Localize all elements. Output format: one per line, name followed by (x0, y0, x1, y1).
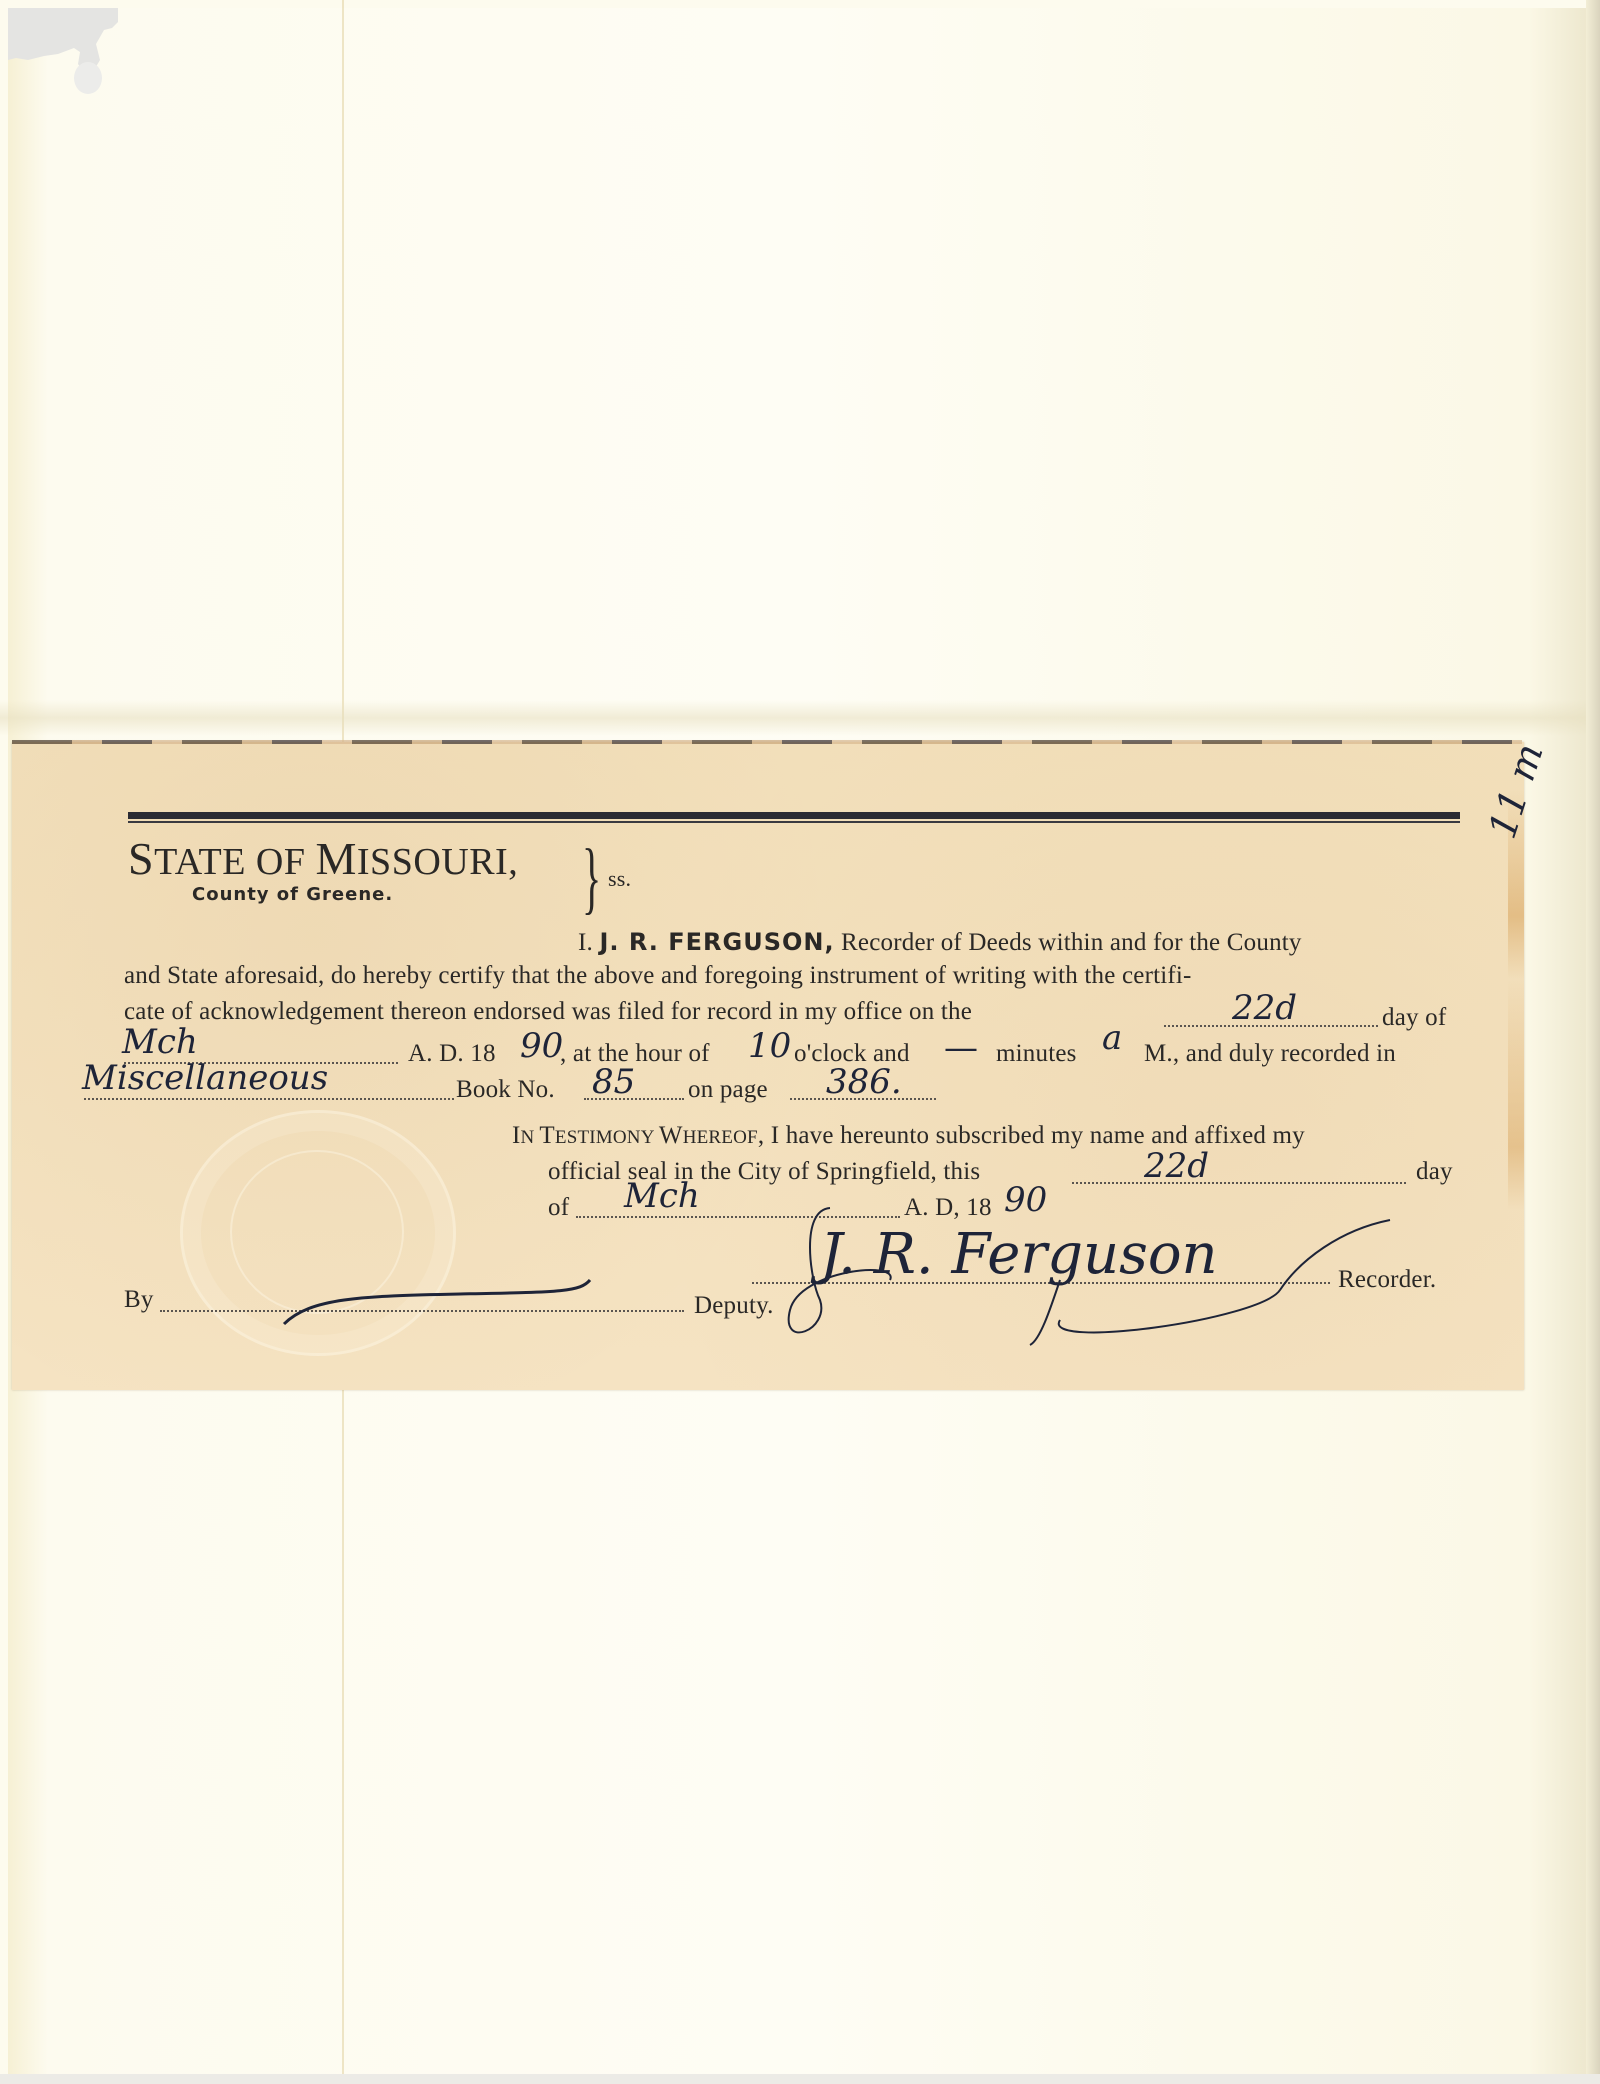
testimony-month-value: Mch (624, 1176, 700, 1216)
body-line-1: I. J. R. FERGUSON, Recorder of Deeds wit… (578, 928, 1302, 957)
meridiem-value: a (1102, 1018, 1122, 1058)
slip-glue-edge (12, 740, 1522, 744)
minutes-value: — (944, 1028, 978, 1068)
recorder-name: J. R. FERGUSON, (599, 928, 834, 956)
testimony-day-blank (1072, 1182, 1406, 1184)
deputy-pen-stroke (280, 1278, 600, 1328)
record-type-blank (84, 1098, 454, 1100)
recorded-in-label: M., and duly recorded in (1144, 1040, 1396, 1068)
state-heading: STATE OF MISSOURI, (128, 832, 518, 885)
brace: } (582, 838, 601, 918)
ad-label: A. D. 18 (408, 1040, 496, 1068)
by-label: By (124, 1286, 154, 1314)
filed-month-value: Mch (122, 1022, 198, 1062)
minutes-label: minutes (996, 1040, 1077, 1068)
stain (1508, 790, 1524, 1210)
body-line-3: cate of acknowledgement thereon endorsed… (124, 998, 972, 1026)
book-no-label: Book No. (456, 1076, 555, 1104)
day-label: day (1416, 1158, 1453, 1186)
page-bottom-edge (0, 2074, 1600, 2084)
testimony-day-value: 22d (1144, 1146, 1209, 1186)
county-heading: County of Greene. (192, 884, 393, 905)
header-rule (128, 812, 1460, 823)
recorder-label: Recorder. (1338, 1266, 1436, 1294)
page-right-edge (1586, 0, 1600, 2084)
page-no-value: 386. (826, 1062, 902, 1102)
hour-value: 10 (748, 1026, 791, 1066)
body-line-2: and State aforesaid, do hereby certify t… (124, 962, 1192, 990)
signature-flourish (760, 1200, 1400, 1350)
day-of-label: day of (1382, 1004, 1446, 1032)
filed-day-value: 22d (1232, 988, 1297, 1028)
testimony-line-2: official seal in the City of Springfield… (548, 1158, 980, 1186)
ss-label: ss. (608, 866, 631, 892)
paper-fold-horizontal (0, 700, 1600, 736)
torn-corner (8, 8, 118, 98)
record-type-value: Miscellaneous (82, 1058, 328, 1098)
filed-year-value: 90 (520, 1026, 563, 1066)
page-label: on page (688, 1076, 768, 1104)
testimony-of-label: of (548, 1194, 569, 1222)
book-no-value: 85 (592, 1062, 635, 1102)
